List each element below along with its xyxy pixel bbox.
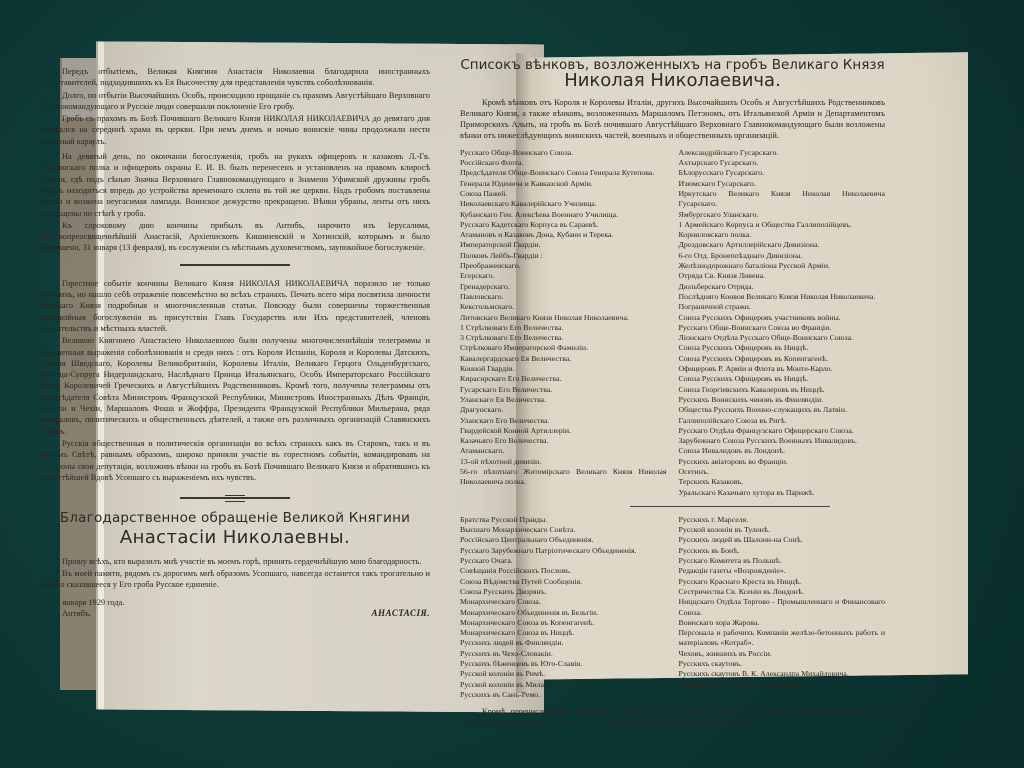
paragraph: Великою Княгинею Анастасіею Николаевною … [40, 335, 430, 437]
list-item: Русскихъ въ Санъ-Ремо. [460, 690, 667, 700]
list-item: Дроздовскаго Артиллерійскаго Дивизіона. [679, 240, 886, 250]
wreath-list-heading-name: Николая Николаевича. [460, 75, 885, 86]
appeal-heading-name: Анастасіи Николаевны. [40, 532, 430, 543]
list-item: Полковъ Лейбъ-Гвардіи : [460, 251, 667, 261]
list-item: Русской колоніи въ Тулонѣ. [679, 525, 886, 535]
list-item: 1 Стрѣлковаго Его Величества. [460, 323, 667, 333]
list-item: Егерскаго. [460, 271, 667, 281]
list-item: Русскихъ скаутовъ В. К. Александра Михай… [679, 669, 886, 679]
list-item: Осетинъ. [679, 467, 886, 477]
paragraph: Къ сороковому дню кончины прибылъ въ Ант… [40, 220, 430, 254]
list-item: Редакціи газеты «Возрожденіе». [679, 566, 886, 576]
list-item: Гусарскаго Его Величества. [460, 385, 667, 395]
right-page-text: Списокъ вѣнковъ, возложенныхъ на гробъ В… [460, 60, 885, 730]
list-item: Союза Инвалидовъ въ Лондонѣ. [679, 446, 886, 456]
list-item: Союза Вѣдомства Путей Сообщенія. [460, 577, 667, 587]
paragraph: Горестное событіе кончины Великаго Князя… [40, 278, 430, 334]
letter-date: 14 (1) января 1929 года. [40, 597, 124, 608]
appeal-paragraph: Въ моей памяти, рядомъ съ дорогимъ мнѣ о… [40, 568, 430, 591]
list-item: Братства Русской Правды. [460, 515, 667, 525]
list-item: Уланскаго Его Величества. [460, 416, 667, 426]
list-item: Русскаго Зарубежнаго Патріотическаго Объ… [460, 546, 667, 556]
list-item: Изюмскаго Гусарскаго. [679, 179, 886, 189]
list-item: Харбинскихъ Русскихъ развѣдчиковъ. [679, 680, 886, 690]
list-item: Русскаго Краснаго Креста въ Ниццѣ. [679, 577, 886, 587]
list-item: Императорской Гвардіи. [460, 240, 667, 250]
list-item: Уланскаго Ея Величества. [460, 395, 667, 405]
letter-place: Антибъ. [40, 608, 124, 619]
list-item: Союза Русскихъ Дворянъ. [460, 587, 667, 597]
list-item: Ямбургскаго Уланскаго. [679, 210, 886, 220]
list-item: Гренадерскаго. [460, 282, 667, 292]
list-item: Русскихъ въ Бонѣ. [679, 546, 886, 556]
list-item: Кубанскаго Ген. Алексѣева Военнаго Учили… [460, 210, 667, 220]
list-item: 1 Армейскаго Корпуса и Общества Галлипол… [679, 220, 886, 230]
list-item: Россійскаго Центральнаго Объединенія. [460, 535, 667, 545]
list-item: Корниловскаго полка. [679, 230, 886, 240]
list-item: Предсѣдателя Обще-Воинскаго Союза Генера… [460, 168, 667, 178]
list-item: Литовскаго Великаго Князя Николая Никола… [460, 313, 667, 323]
list-item: Павловскаго. [460, 292, 667, 302]
paragraph: Передъ отбытіемъ, Великая Княгиня Анаста… [40, 66, 430, 89]
civic-list-col1: Братства Русской Правды.Высшаго Монархич… [460, 515, 667, 700]
paragraph: Гробъ съ прахомъ въ Бозѣ Почившаго Велик… [40, 113, 430, 147]
list-item: Русскаго Обще-Воинскаго Союза. [460, 148, 667, 158]
list-item: 13-ой пѣхотной дивизіи. [460, 457, 667, 467]
list-item: Стрѣлковаго Императорской Фамиліи. [460, 343, 667, 353]
list-item: Совѣщанія Россійскихъ Пословъ. [460, 566, 667, 576]
list-item: Союза Русскихъ Офицеровъ въ Копенгагенѣ. [679, 354, 886, 364]
list-item: Казачьяго Его Величества. [460, 436, 667, 446]
list-item: Русскаго Отдѣла Французскаго Офицерскаго… [679, 426, 886, 436]
list-item: Преображенскаго. [460, 261, 667, 271]
list-item: Русскаго Очага. [460, 556, 667, 566]
list-item: Конной Гвардіи. [460, 364, 667, 374]
list-item: Отряда Св. Князя Ливена. [679, 271, 886, 281]
list-item: Драгунскаго. [460, 405, 667, 415]
military-list-col2: Александрійскаго Гусарскаго.Ахтырскаго Г… [679, 148, 886, 498]
list-item: Чеховъ, жившихъ въ Россіи. [679, 649, 886, 659]
list-item: Монархическаго Объединенія въ Бельгіи. [460, 608, 667, 618]
signature: АНАСТАСІЯ. [372, 608, 430, 619]
list-item: Монархическаго Союза. [460, 597, 667, 607]
list-item: Бѣлорусскаго Гусарскаго. [679, 168, 886, 178]
list-item: Желѣзнодорожнаго баталіона Русской Арміи… [679, 261, 886, 271]
list-divider [630, 506, 830, 507]
list-item: Иркутскаго Великаго Князя Николая Никола… [679, 189, 886, 210]
list-item: Терскихъ Казаковъ. [679, 477, 886, 487]
list-item: Русскихъ людей въ Шалони-на Сонѣ. [679, 535, 886, 545]
list-item: Александрійскаго Гусарскаго. [679, 148, 886, 158]
list-item: Кирасирскаго Его Величества. [460, 374, 667, 384]
list-item: Русской колоніи въ Миланѣ. [460, 680, 667, 690]
signoff-block: 14 (1) января 1929 года. Антибъ. АНАСТАС… [40, 597, 430, 620]
list-item: Союза Русскихъ Офицеровъ участниковъ вой… [679, 313, 886, 323]
list-item: Русскихъ людей въ Финляндіи. [460, 638, 667, 648]
list-item: Кавалергардскаго Ея Величества. [460, 354, 667, 364]
list-item: Союза Георгіевскихъ Кавалеровъ въ Ниццѣ. [679, 385, 886, 395]
list-item: Русскихъ г. Марселя. [679, 515, 886, 525]
civic-wreaths-columns: Братства Русской Правды.Высшаго Монархич… [460, 515, 885, 700]
list-item: Общества Русскихъ Военно-служащихъ въ Ла… [679, 405, 886, 415]
list-item: Офицеровъ Р. Арміи и Флота въ Монте-Карл… [679, 364, 886, 374]
list-item: Атаманскаго. [460, 446, 667, 456]
appeal-heading: Благодарственное обращеніе Великой Княги… [40, 513, 430, 524]
list-item: Русскаго Комитета въ Польшѣ. [679, 556, 886, 566]
left-page-text: Передъ отбытіемъ, Великая Княгиня Анаста… [40, 66, 430, 619]
appeal-paragraph: Прошу всѣхъ, кто выразилъ мнѣ участіе въ… [40, 556, 430, 567]
list-item: Атамановъ и Казаковъ Дона, Кубани и Тере… [460, 230, 667, 240]
military-wreaths-columns: Русскаго Обще-Воинскаго Союза.Россійскаг… [460, 148, 885, 498]
list-item: Кексгольмскаго. [460, 302, 667, 312]
list-item: Персонала и рабочихъ Компаніи желѣзо-бет… [679, 628, 886, 649]
list-item: Русскихъ Воинскихъ чиновъ въ Финляндіи. [679, 395, 886, 405]
list-item: Русскихъ бѣженцевъ въ Юго-Славіи. [460, 659, 667, 669]
list-item: Ліонскаго Отдѣла Русскаго Обще-Воинскаго… [679, 333, 886, 343]
section-divider [180, 264, 290, 266]
list-item: Русскаго Обще-Воинскаго Союза во Франціи… [679, 323, 886, 333]
list-item: 56-го пѣхотнаго Житомірскаго Великаго Кн… [460, 467, 667, 488]
list-item: Сестричества Св. Ксеніи въ Лондонѣ. [679, 587, 886, 597]
list-item: Воинскаго хора Жарова. [679, 618, 886, 628]
list-item: Ахтырскаго Гусарскаго. [679, 158, 886, 168]
list-item: Дюльберскаго Отряда. [679, 282, 886, 292]
list-item: Монархическаго Союза въ Копенгагенѣ. [460, 618, 667, 628]
military-list-col1: Русскаго Обще-Воинскаго Союза.Россійскаг… [460, 148, 667, 498]
list-item: Монархическаго Союза въ Ниццѣ. [460, 628, 667, 638]
list-item: Гвардейской Конной Артиллеріи. [460, 426, 667, 436]
list-item: Русскихъ скаутовъ. [679, 659, 886, 669]
list-item: Русскаго Кадетскаго Корпуса въ Сараевѣ. [460, 220, 667, 230]
paragraph: Долго, по отбытіи Высочайшихъ Особъ, про… [40, 90, 430, 113]
list-item: Пограничной стражи. [679, 302, 886, 312]
list-item: Уральскаго Казачьяго хутора въ Парижѣ. [679, 488, 886, 498]
list-item: Русскихъ авіаторовъ во Франціи. [679, 457, 886, 467]
paragraph: Русскія общественныя и политическія орга… [40, 438, 430, 483]
closing-paragraph: Кромѣ перечисленныхъ вѣнковъ, на гробъ В… [460, 706, 885, 729]
list-item: Галлиполійскаго Союза въ Ригѣ. [679, 416, 886, 426]
list-item: Союза Пажей. [460, 189, 667, 199]
list-item: Послѣдняго Конвоя Великаго Князя Николая… [679, 292, 886, 302]
list-item: Ниццскаго Отдѣла Торгово - Промышленнаго… [679, 597, 886, 618]
list-item: Николаевскаго Кавалерійскаго Училища. [460, 199, 667, 209]
list-item: Высшаго Монархическаго Совѣта. [460, 525, 667, 535]
list-item: Генерала Юденича и Кавказской Арміи. [460, 179, 667, 189]
list-item: 6-го Отд. Бронепоѣзднаго Дивизіона. [679, 251, 886, 261]
list-item: 3 Стрѣлковаго Его Величества. [460, 333, 667, 343]
list-item: Россійскаго Флота. [460, 158, 667, 168]
civic-list-col2: Русскихъ г. Марселя.Русской колоніи въ Т… [679, 515, 886, 700]
list-item: Русскихъ въ Чехо-Словакіи. [460, 649, 667, 659]
list-item: Зарубежнаго Союза Русскихъ Военныхъ Инва… [679, 436, 886, 446]
paragraph: На девятый день, по окончаніи богослужен… [40, 151, 430, 219]
ornamental-divider [180, 497, 290, 499]
intro-paragraph: Кромѣ вѣнковъ отъ Короля и Королевы Итал… [460, 97, 885, 142]
list-item: Русской колоніи въ Римѣ. [460, 669, 667, 679]
list-item: Союза Русскихъ Офицеровъ въ Ниццѣ. [679, 374, 886, 384]
list-item: Союза Русскихъ Офицеровъ въ Ниццѣ. [679, 343, 886, 353]
